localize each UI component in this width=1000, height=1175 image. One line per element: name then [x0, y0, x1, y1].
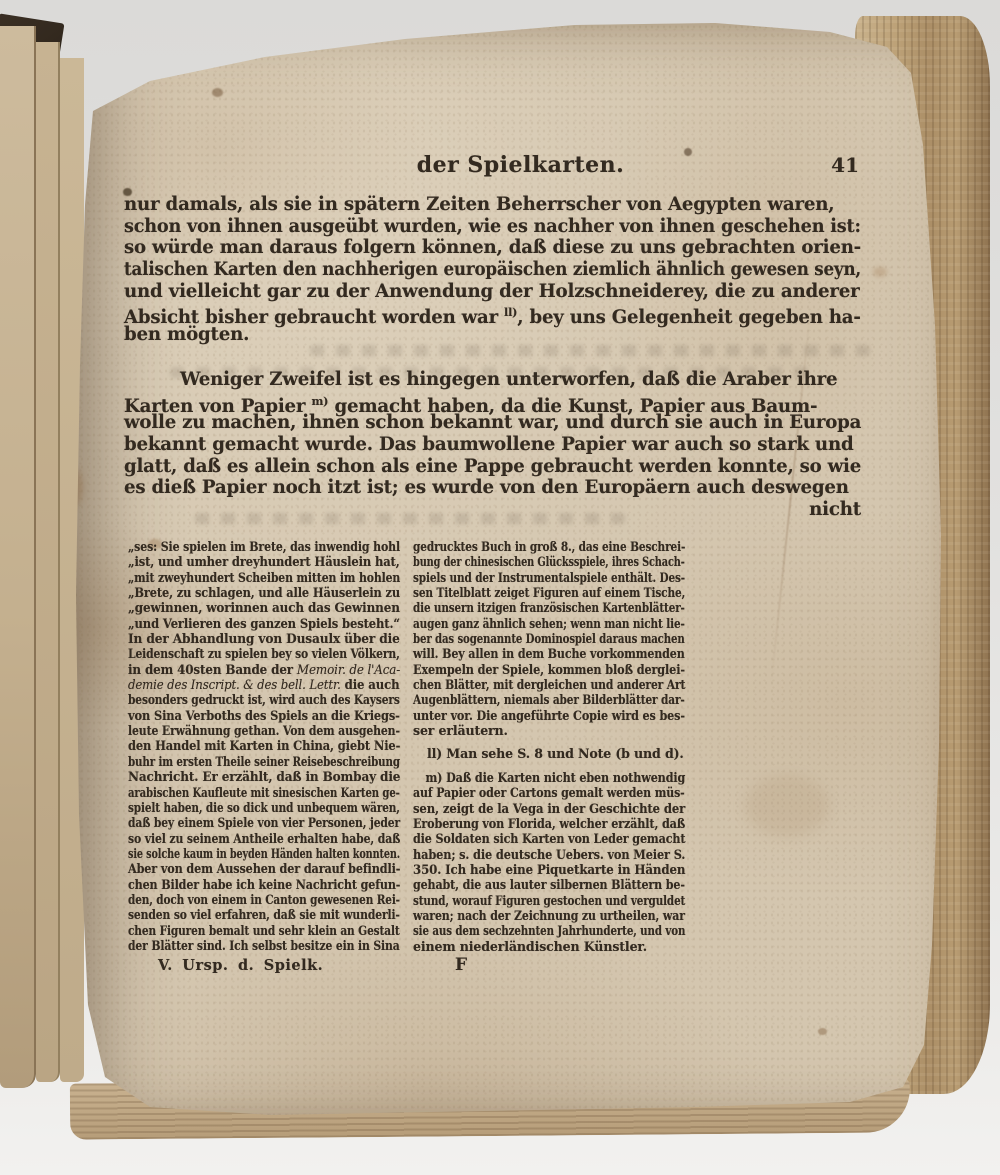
text-run: den Handel mit Karten in China, giebt Ni… [128, 738, 400, 753]
page-number: 41 [831, 153, 859, 177]
text-line: „mit zweyhundert Scheiben mitten im hohl… [128, 570, 363, 585]
text-run: Leidenschaft zu spielen bey so vielen Vö… [128, 646, 400, 661]
text-run: „gewinnen, worinnen auch das Gewinnen [128, 600, 400, 615]
text-run: talischen Karten den nachherigen europäi… [124, 259, 861, 280]
text-run: spiels und der Instrumentalspiele enthäl… [413, 570, 685, 585]
text-run: chen Blätter, mit dergleichen und andere… [413, 677, 685, 692]
text-line: ll) Man sehe S. 8 und Note (b und d). [413, 746, 685, 761]
text-line: Leidenschaft zu spielen bey so vielen Vö… [128, 646, 361, 661]
text-line: Weniger Zweifel ist es hingegen unterwor… [124, 369, 861, 391]
text-line: Karten von Papier m) gemacht haben, da d… [124, 391, 861, 413]
text-run: augen ganz ähnlich sehen; wenn man nicht… [413, 616, 685, 631]
text-line: Nachricht. Er erzählt, daß in Bombay die [128, 769, 389, 784]
text-line: Eroberung von Florida, welcher erzählt, … [413, 816, 655, 831]
footnote-reference-mark: ll) [504, 305, 517, 319]
text-line: und vielleicht gar zu der Anwendung der … [124, 281, 861, 303]
paper-stain [745, 775, 829, 837]
text-line: senden so viel erfahren, daß sie mit wun… [128, 907, 361, 922]
text-run: bekannt gemacht wurde. Das baumwollene P… [124, 434, 854, 455]
text-line: 350. Ich habe eine Piquetkarte in Händen [413, 862, 668, 877]
text-run: „mit zweyhundert Scheiben mitten im hohl… [128, 570, 400, 585]
text-run: leute Erwähnung gethan. Von dem ausgehen… [128, 723, 400, 738]
text-run: in dem 40sten Bande der [128, 662, 297, 677]
text-line: von Sina Verboths des Spiels an die Krie… [128, 708, 375, 723]
text-line: schon von ihnen ausgeübt wurden, wie es … [124, 216, 839, 238]
text-run: stund, worauf Figuren gestochen und verg… [413, 893, 685, 908]
text-line: chen Blätter, mit dergleichen und andere… [413, 677, 645, 692]
text-line: auf Papier oder Cartons gemalt werden mü… [413, 785, 651, 800]
text-line: sen Titelblatt zeiget Figuren auf einem … [413, 585, 641, 600]
main-paragraph-1: nur damals, als sie in spätern Zeiten Be… [124, 194, 861, 346]
signature-abbreviation: V. Ursp. d. Spielk. [158, 957, 323, 974]
text-run: die unsern itzigen französischen Kartenb… [413, 600, 685, 615]
text-run: Weniger Zweifel ist es hingegen unterwor… [180, 369, 837, 390]
text-run: Memoir. de l'Aca- [297, 662, 400, 677]
text-run: , bey uns Gelegenheit gegeben ha- [517, 308, 860, 329]
text-line: Augenblättern, niemals aber Bilderblätte… [413, 692, 641, 707]
text-run: 350. Ich habe eine Piquetkarte in Händen [413, 862, 685, 877]
text-line: „Brete, zu schlagen, und alle Häuserlein… [128, 585, 374, 600]
text-line: nur damals, als sie in spätern Zeiten Be… [124, 194, 861, 216]
text-line: „und Verlieren des ganzen Spiels besteht… [128, 616, 378, 631]
text-run: daß bey einem Spiele von vier Personen, … [128, 815, 400, 830]
text-run: „und Verlieren des ganzen Spiels besteht… [128, 616, 400, 631]
text-line: der Blätter sind. Ich selbst besitze ein… [128, 938, 361, 953]
text-run: haben; s. die deutsche Uebers. von Meier… [413, 847, 685, 862]
text-run: „Brete, zu schlagen, und alle Häuserlein… [128, 585, 400, 600]
text-line: chen Figuren bemalt und sehr klein an Ge… [128, 923, 356, 938]
text-line: talischen Karten den nachherigen europäi… [124, 259, 800, 281]
text-line: buhr im ersten Theile seiner Reisebeschr… [128, 754, 350, 769]
text-run: so würde man daraus folgern können, daß … [124, 237, 861, 258]
text-line: die unsern itzigen französischen Kartenb… [413, 600, 637, 615]
text-line: gehabt, die aus lauter silbernen Blätter… [413, 877, 652, 892]
footnote-column-right: gedrucktes Buch in groß 8., das eine Bes… [413, 539, 685, 954]
text-run: m) Daß die Karten nicht eben nothwendig [425, 770, 685, 785]
text-line: demie des Inscript. & des bell. Lettr. d… [128, 677, 381, 692]
footnote-column-left: „ses: Sie spielen im Brete, das inwendig… [128, 539, 400, 953]
text-run: will. Bey allen in dem Buche vorkommende… [413, 646, 685, 661]
text-run: besonders gedruckt ist, wird auch des Ka… [128, 692, 400, 707]
gutter-page-edge [0, 26, 36, 1088]
running-header: der Spielkarten. 41 [124, 152, 861, 180]
paper-stain [818, 1028, 827, 1035]
text-line: gedrucktes Buch in groß 8., das eine Bes… [413, 539, 641, 554]
running-title: der Spielkarten. [417, 152, 625, 178]
text-run: sie solche kaum in beyden Händen halten … [128, 846, 400, 861]
text-line: wolle zu machen, ihnen schon bekannt war… [124, 412, 859, 434]
text-line: daß bey einem Spiele von vier Personen, … [128, 815, 360, 830]
paper-stain [873, 267, 887, 277]
footnote-reference-mark: m) [311, 394, 328, 408]
text-line: es dieß Papier noch itzt ist; es wurde v… [124, 477, 861, 499]
text-run: es dieß Papier noch itzt ist; es wurde v… [124, 477, 849, 498]
text-run: schon von ihnen ausgeübt wurden, wie es … [124, 216, 861, 237]
book-page: der Spielkarten. 41 nur damals, als sie … [55, 15, 955, 1125]
text-run: gehabt, die aus lauter silbernen Blätter… [413, 877, 685, 892]
text-run: nur damals, als sie in spätern Zeiten Be… [124, 194, 834, 215]
text-run: so viel zu seinem Antheile erhalten habe… [128, 831, 400, 846]
text-line: den Handel mit Karten in China, giebt Ni… [128, 738, 375, 753]
text-run: „ist, und umher dreyhundert Häuslein hat… [128, 554, 400, 569]
text-run: sie aus dem sechzehnten Jahrhunderte, un… [413, 923, 685, 938]
text-run: nicht [809, 499, 861, 520]
photo-backdrop: der Spielkarten. 41 nur damals, als sie … [0, 0, 1000, 1175]
text-run: von Sina Verboths des Spiels an die Krie… [128, 708, 400, 723]
text-line: bung der chinesischen Glücksspiele, ihre… [413, 554, 623, 569]
text-run: chen Figuren bemalt und sehr klein an Ge… [128, 923, 400, 938]
text-line: in dem 40sten Bande der Memoir. de l'Aca… [128, 662, 386, 677]
text-line: besonders gedruckt ist, wird auch des Ka… [128, 692, 358, 707]
text-line: „gewinnen, worinnen auch das Gewinnen [128, 600, 387, 615]
text-run: die Soldaten sich Karten von Leder gemac… [413, 831, 685, 846]
text-run: sen Titelblatt zeiget Figuren auf einem … [413, 585, 685, 600]
text-line: sen, zeigt de la Vega in der Geschichte … [413, 801, 665, 816]
text-run: und vielleicht gar zu der Anwendung der … [124, 281, 860, 302]
text-run: wolle zu machen, ihnen schon bekannt war… [124, 412, 861, 433]
text-run: Augenblättern, niemals aber Bilderblätte… [413, 692, 685, 707]
text-run: bung der chinesischen Glücksspiele, ihre… [413, 554, 685, 569]
text-run: Aber von dem Aussehen der darauf befindl… [128, 861, 400, 876]
text-line: Absicht bisher gebraucht worden war ll),… [124, 302, 858, 324]
text-line: so viel zu seinem Antheile erhalten habe… [128, 831, 363, 846]
text-run: ll) Man sehe S. 8 und Note (b und d). [427, 746, 684, 761]
text-line: die Soldaten sich Karten von Leder gemac… [413, 831, 654, 846]
text-run: gedrucktes Buch in groß 8., das eine Bes… [413, 539, 685, 554]
text-line: arabischen Kaufleute mit sinesischen Kar… [128, 785, 346, 800]
main-paragraph-2: Weniger Zweifel ist es hingegen unterwor… [124, 369, 861, 521]
text-line: unter vor. Die angeführte Copie wird es … [413, 708, 655, 723]
text-run: die auch [341, 677, 400, 692]
text-run: senden so viel erfahren, daß sie mit wun… [128, 907, 400, 922]
text-run: Absicht bisher gebraucht worden war [124, 308, 504, 329]
text-line: spiels und der Instrumentalspiele enthäl… [413, 570, 639, 585]
text-run: „ses: Sie spielen im Brete, das inwendig… [128, 539, 400, 554]
text-line: waren; nach der Zeichnung zu urtheilen, … [413, 908, 650, 923]
text-run: ser erläutern. [413, 723, 508, 738]
text-line: stund, worauf Figuren gestochen und verg… [413, 893, 637, 908]
text-run: Nachricht. Er erzählt, daß in Bombay die [128, 769, 400, 784]
text-run: Eroberung von Florida, welcher erzählt, … [413, 816, 685, 831]
text-line: glatt, daß es allein schon als eine Papp… [124, 456, 858, 478]
text-line: „ses: Sie spielen im Brete, das inwendig… [128, 539, 365, 554]
text-line: haben; s. die deutsche Uebers. von Meier… [413, 847, 658, 862]
text-run: waren; nach der Zeichnung zu urtheilen, … [413, 908, 685, 923]
text-run: der Blätter sind. Ich selbst besitze ein… [128, 938, 400, 953]
paper-stain [212, 88, 223, 97]
text-line: Exempeln der Spiele, kommen bloß derglei… [413, 662, 656, 677]
text-run: unter vor. Die angeführte Copie wird es … [413, 708, 685, 723]
text-run: einem niederländischen Künstler. [413, 939, 647, 954]
signature-line: V. Ursp. d. Spielk. F [124, 957, 861, 981]
text-line: bekannt gemacht wurde. Das baumwollene P… [124, 434, 861, 456]
gathering-mark: F [455, 955, 467, 975]
text-line: Aber von dem Aussehen der darauf befindl… [128, 861, 371, 876]
text-line: ber das sogenannte Dominospiel daraus ma… [413, 631, 633, 646]
text-line: leute Erwähnung gethan. Von dem ausgehen… [128, 723, 363, 738]
text-line: spielt haben, die so dick und unbequem w… [128, 800, 354, 815]
text-run: glatt, daß es allein schon als eine Papp… [124, 456, 861, 477]
text-run: sen, zeigt de la Vega in der Geschichte … [413, 801, 685, 816]
text-run: arabischen Kaufleute mit sinesischen Kar… [128, 785, 400, 800]
text-line: will. Bey allen in dem Buche vorkommende… [413, 646, 652, 661]
text-line: In der Abhandlung von Dusaulx über die [128, 631, 391, 646]
gutter-page-edge [36, 42, 60, 1082]
text-run: demie des Inscript. & des bell. Lettr. [128, 677, 341, 692]
text-run: den, doch von einem in Canton gewesenen … [128, 892, 400, 907]
text-line: einem niederländischen Künstler. [413, 939, 685, 954]
text-line: m) Daß die Karten nicht eben nothwendig [413, 770, 655, 785]
text-run: Exempeln der Spiele, kommen bloß derglei… [413, 662, 685, 677]
text-line: augen ganz ähnlich sehen; wenn man nicht… [413, 616, 639, 631]
text-line: so würde man daraus folgern können, daß … [124, 237, 859, 259]
text-line: sie aus dem sechzehnten Jahrhunderte, un… [413, 923, 635, 938]
text-line: nicht [124, 499, 861, 521]
text-run: chen Bilder habe ich keine Nachricht gef… [128, 877, 400, 892]
text-line: ser erläutern. [413, 723, 685, 738]
text-line: „ist, und umher dreyhundert Häuslein hat… [128, 554, 377, 569]
text-line: chen Bilder habe ich keine Nachricht gef… [128, 877, 368, 892]
text-run: buhr im ersten Theile seiner Reisebeschr… [128, 754, 400, 769]
text-run: In der Abhandlung von Dusaulx über die [128, 631, 400, 646]
text-line: sie solche kaum in beyden Händen halten … [128, 846, 336, 861]
text-run: auf Papier oder Cartons gemalt werden mü… [413, 785, 685, 800]
text-run: spielt haben, die so dick und unbequem w… [128, 800, 400, 815]
text-line: den, doch von einem in Canton gewesenen … [128, 892, 354, 907]
text-run: ber das sogenannte Dominospiel daraus ma… [413, 631, 685, 646]
ink-bleedthrough [310, 345, 870, 356]
